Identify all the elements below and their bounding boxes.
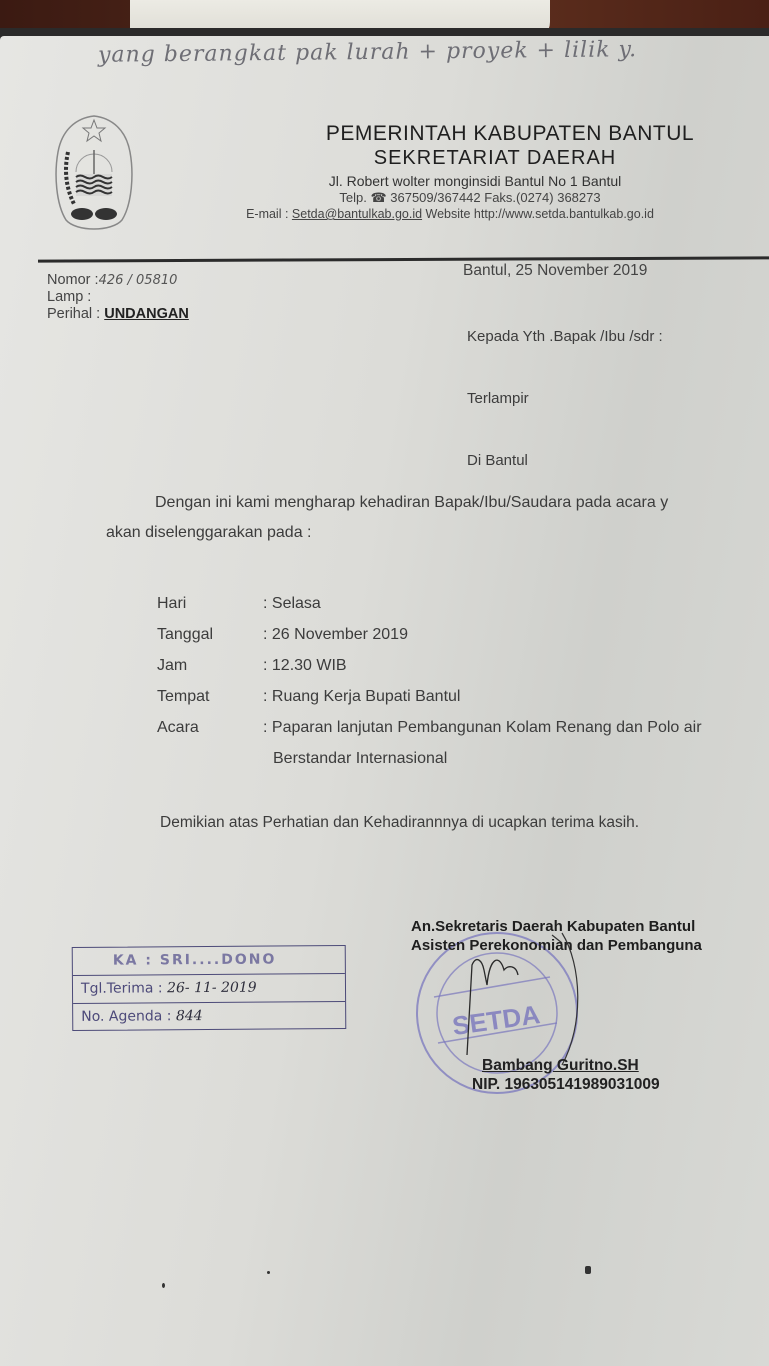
letter-meta: Nomor :426 / 05810 Lamp : Perihal : UNDA… (47, 272, 189, 323)
letterhead-government: PEMERINTAH KABUPATEN BANTUL (260, 122, 760, 146)
signature-position: Asisten Perekonomian dan Pembanguna (411, 936, 702, 955)
bantul-regency-emblem-icon (52, 112, 136, 236)
paper-speck (162, 1283, 165, 1288)
detail-row-place: Tempat: Ruang Kerja Bupati Bantul (157, 688, 702, 719)
signature-block: An.Sekretaris Daerah Kabupaten Bantul As… (411, 917, 702, 955)
paper-speck (267, 1271, 270, 1274)
body-paragraph: Dengan ini kami mengharap kehadiran Bapa… (155, 494, 668, 512)
receipt-stamp-recipient: KA : SRI....DONO (73, 946, 345, 976)
receipt-stamp-agenda: No. Agenda : 844 (73, 1002, 345, 1031)
signer-nip: NIP. 196305141989031009 (472, 1075, 660, 1094)
body-paragraph-continued: akan diselenggarakan pada : (106, 524, 312, 542)
nomor-value: 426 / 05810 (99, 273, 178, 288)
email-label: E-mail : (246, 207, 292, 221)
letter-date: Bantul, 25 November 2019 (463, 262, 647, 280)
email-link[interactable]: Setda@bantulkab.go.id (292, 207, 422, 221)
perihal-value: UNDANGAN (104, 306, 189, 322)
detail-row-time: Jam: 12.30 WIB (157, 657, 702, 688)
closing-sentence: Demikian atas Perhatian dan Kehadirannny… (160, 814, 639, 832)
detail-row-event: Acara: Paparan lanjutan Pembangunan Kola… (157, 719, 702, 750)
website-text: Website http://www.setda.bantulkab.go.id (422, 207, 654, 221)
receipt-stamp-date: Tgl.Terima : 26- 11- 2019 (73, 974, 345, 1004)
nomor-label: Nomor : (47, 272, 99, 288)
svg-text:SETDA: SETDA (450, 999, 542, 1041)
signature-on-behalf: An.Sekretaris Daerah Kabupaten Bantul (411, 917, 702, 936)
lamp-label: Lamp : (47, 289, 189, 306)
letterhead-address: Jl. Robert wolter monginsidi Bantul No 1… (190, 173, 760, 189)
signer: Bambang Guritno.SH NIP. 1963051419890310… (482, 1056, 660, 1094)
event-details: Hari: Selasa Tanggal: 26 November 2019 J… (157, 595, 702, 781)
detail-row-day: Hari: Selasa (157, 595, 702, 626)
paper-speck (585, 1266, 591, 1274)
letterhead: PEMERINTAH KABUPATEN BANTUL SEKRETARIAT … (200, 122, 760, 221)
receipt-stamp: KA : SRI....DONO Tgl.Terima : 26- 11- 20… (72, 945, 347, 1031)
detail-row-date: Tanggal: 26 November 2019 (157, 626, 702, 657)
detail-row-event-continued: Berstandar Internasional (157, 750, 702, 781)
recipient-place: Di Bantul (467, 452, 528, 469)
recipient-salutation: Kepada Yth .Bapak /Ibu /sdr : (467, 328, 663, 345)
letterhead-office: SEKRETARIAT DAERAH (230, 147, 760, 170)
signer-name: Bambang Guritno.SH (482, 1056, 660, 1075)
letterhead-phone: Telp. ☎ 367509/367442 Faks.(0274) 368273 (180, 190, 760, 206)
perihal-label: Perihal : (47, 306, 104, 322)
letterhead-contact: E-mail : Setda@bantulkab.go.id Website h… (140, 207, 760, 221)
recipient-name: Terlampir (467, 390, 529, 407)
